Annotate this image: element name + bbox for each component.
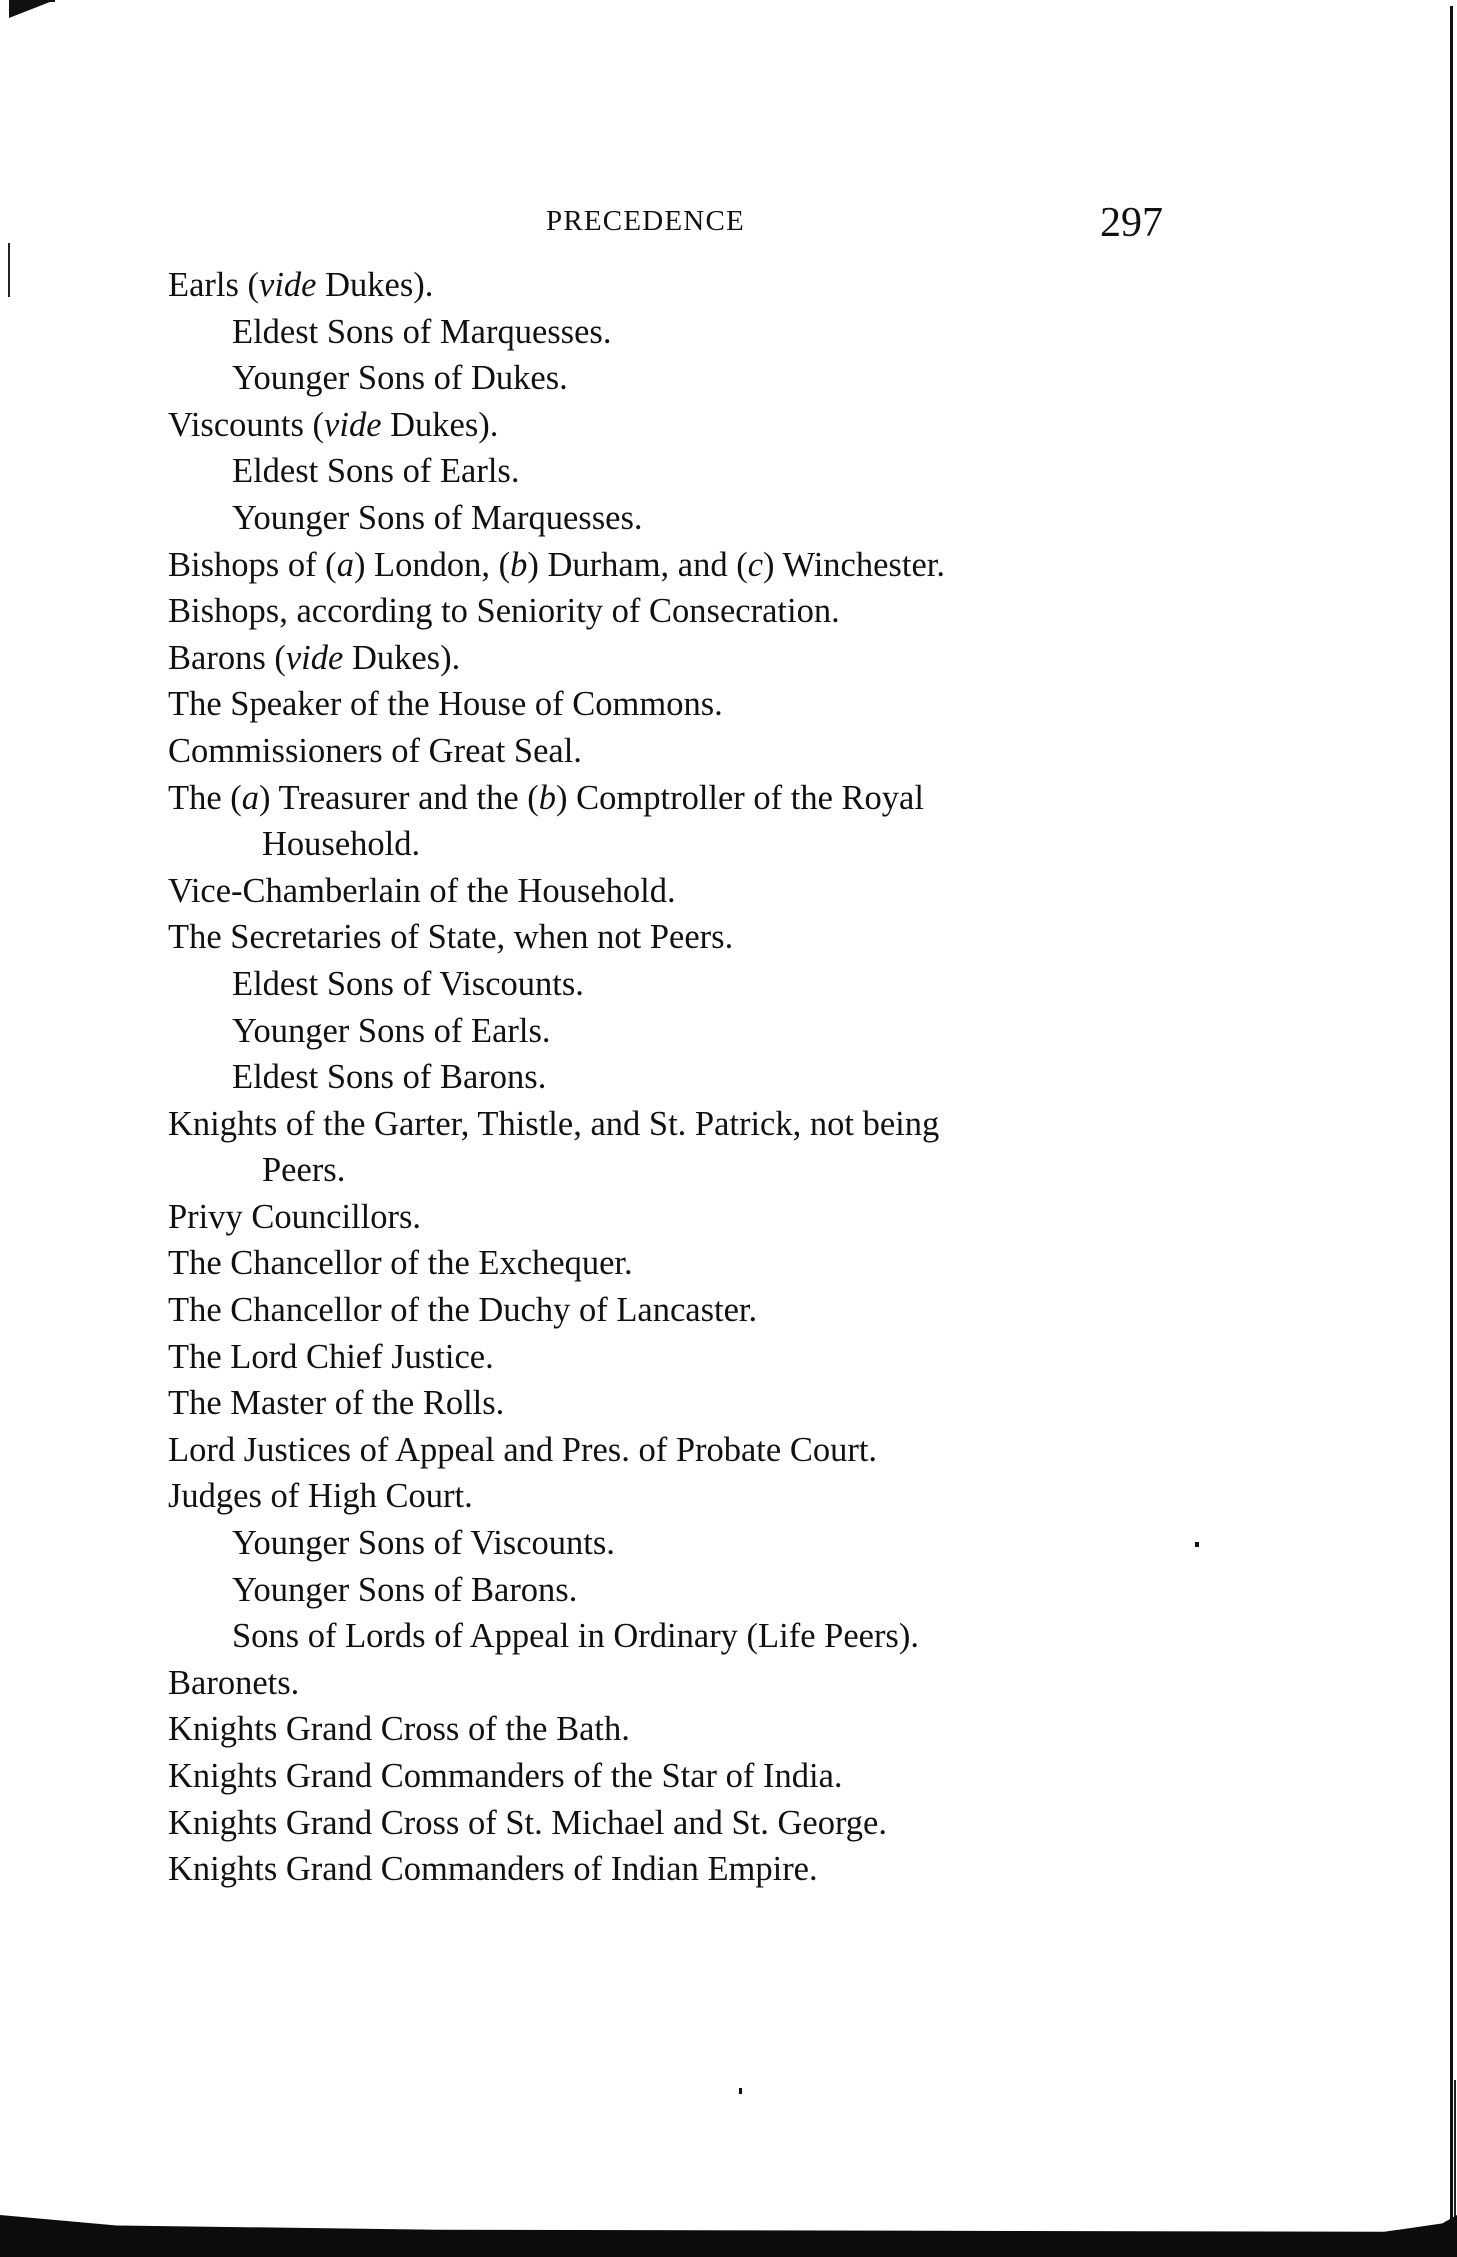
list-item: The Secretaries of State, when not Peers…	[168, 914, 1154, 961]
list-item: The Chancellor of the Duchy of Lancaster…	[168, 1287, 1154, 1334]
list-item: Younger Sons of Barons.	[168, 1567, 1154, 1614]
list-item: The Master of the Rolls.	[168, 1380, 1154, 1427]
list-item: Eldest Sons of Viscounts.	[168, 961, 1154, 1008]
page-number: 297	[1100, 200, 1163, 246]
list-item: Baronets.	[168, 1660, 1154, 1707]
list-item: Bishops, according to Seniority of Conse…	[168, 588, 1154, 635]
list-item: Privy Councillors.	[168, 1194, 1154, 1241]
list-item-continuation: Household.	[168, 821, 1154, 868]
list-item: Younger Sons of Earls.	[168, 1008, 1154, 1055]
list-item: The Speaker of the House of Commons.	[168, 681, 1154, 728]
list-item: Knights Grand Commanders of Indian Empir…	[168, 1846, 1154, 1893]
scan-corner-line	[9, 0, 55, 2]
list-item: The (a) Treasurer and the (b) Comptrolle…	[168, 775, 1154, 822]
list-item: Barons (vide Dukes).	[168, 635, 1154, 682]
list-item: Lord Justices of Appeal and Pres. of Pro…	[168, 1427, 1154, 1474]
scan-bottom-edge	[0, 2215, 1457, 2257]
running-head: PRECEDENCE	[546, 205, 790, 237]
list-item: Judges of High Court.	[168, 1473, 1154, 1520]
list-item: Bishops of (a) London, (b) Durham, and (…	[168, 542, 1154, 589]
list-item: Sons of Lords of Appeal in Ordinary (Lif…	[168, 1613, 1154, 1660]
list-item: Younger Sons of Marquesses.	[168, 495, 1154, 542]
list-item: The Chancellor of the Exchequer.	[168, 1240, 1154, 1287]
scan-corner-mark	[9, 0, 55, 18]
scan-left-margin-mark	[8, 243, 10, 297]
list-item: Younger Sons of Dukes.	[168, 355, 1154, 402]
precedence-list: Earls (vide Dukes). Eldest Sons of Marqu…	[168, 262, 1154, 1893]
list-item: Commissioners of Great Seal.	[168, 728, 1154, 775]
stray-ink-dot	[739, 2088, 742, 2094]
list-item: Eldest Sons of Marquesses.	[168, 309, 1154, 356]
page-right-edge	[1450, 6, 1453, 2221]
list-item: Knights Grand Commanders of the Star of …	[168, 1753, 1154, 1800]
list-item: Eldest Sons of Barons.	[168, 1054, 1154, 1101]
list-item: The Lord Chief Justice.	[168, 1334, 1154, 1381]
list-item: Viscounts (vide Dukes).	[168, 402, 1154, 449]
list-item: Knights Grand Cross of St. Michael and S…	[168, 1800, 1154, 1847]
list-item: Eldest Sons of Earls.	[168, 448, 1154, 495]
stray-ink-dot	[1195, 1542, 1199, 1547]
list-item: Knights Grand Cross of the Bath.	[168, 1706, 1154, 1753]
list-item: Knights of the Garter, Thistle, and St. …	[168, 1101, 1154, 1148]
list-item-continuation: Peers.	[168, 1147, 1154, 1194]
list-item: Earls (vide Dukes).	[168, 262, 1154, 309]
list-item: Vice-Chamberlain of the Household.	[168, 868, 1154, 915]
list-item: Younger Sons of Viscounts.	[168, 1520, 1154, 1567]
page-right-edge-shadow	[1454, 2080, 1456, 2220]
